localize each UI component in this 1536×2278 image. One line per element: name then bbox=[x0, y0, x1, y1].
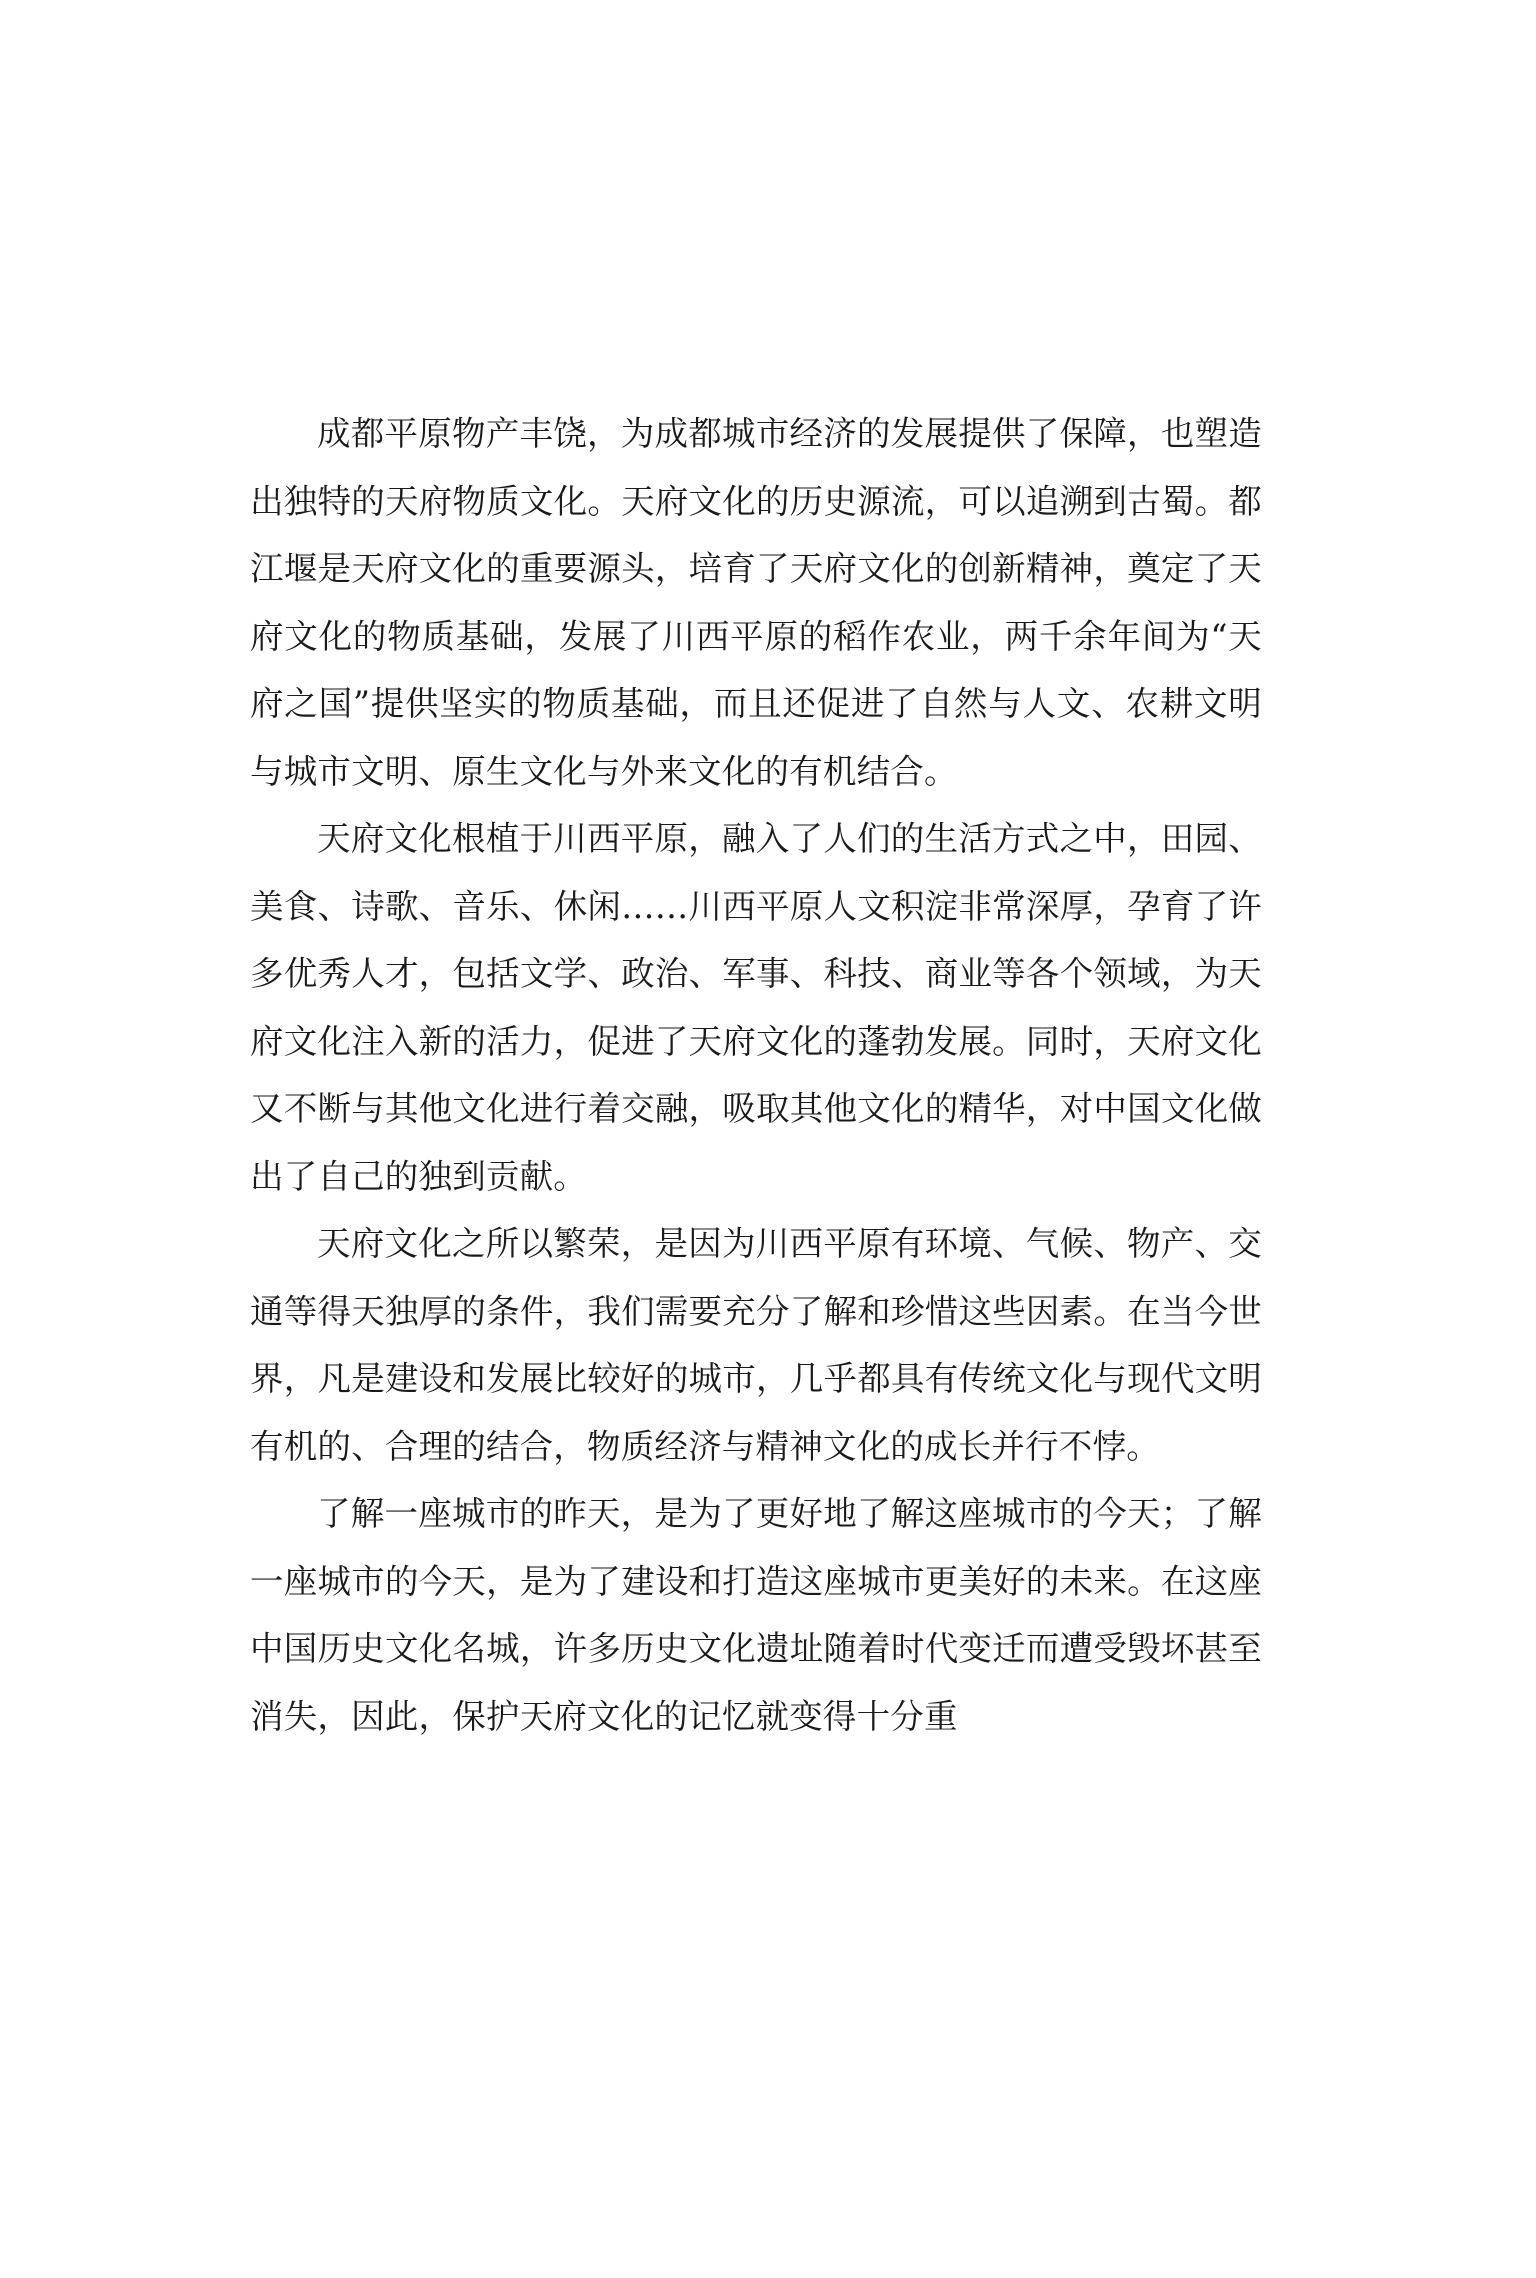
paragraph-city-past-and-future: 了解一座城市的昨天，是为了更好地了解这座城市的今天；了解一座城市的今天，是为了建… bbox=[250, 1480, 1262, 1750]
paragraph-tianfu-culture-prosperity: 天府文化之所以繁荣，是因为川西平原有环境、气候、物产、交通等得天独厚的条件，我们… bbox=[250, 1210, 1262, 1480]
document-page: 成都平原物产丰饶，为成都城市经济的发展提供了保障，也塑造出独特的天府物质文化。天… bbox=[250, 400, 1262, 1750]
paragraph-chengdu-plain-material-culture: 成都平原物产丰饶，为成都城市经济的发展提供了保障，也塑造出独特的天府物质文化。天… bbox=[250, 400, 1262, 805]
paragraph-tianfu-culture-roots: 天府文化根植于川西平原，融入了人们的生活方式之中，田园、美食、诗歌、音乐、休闲…… bbox=[250, 805, 1262, 1210]
